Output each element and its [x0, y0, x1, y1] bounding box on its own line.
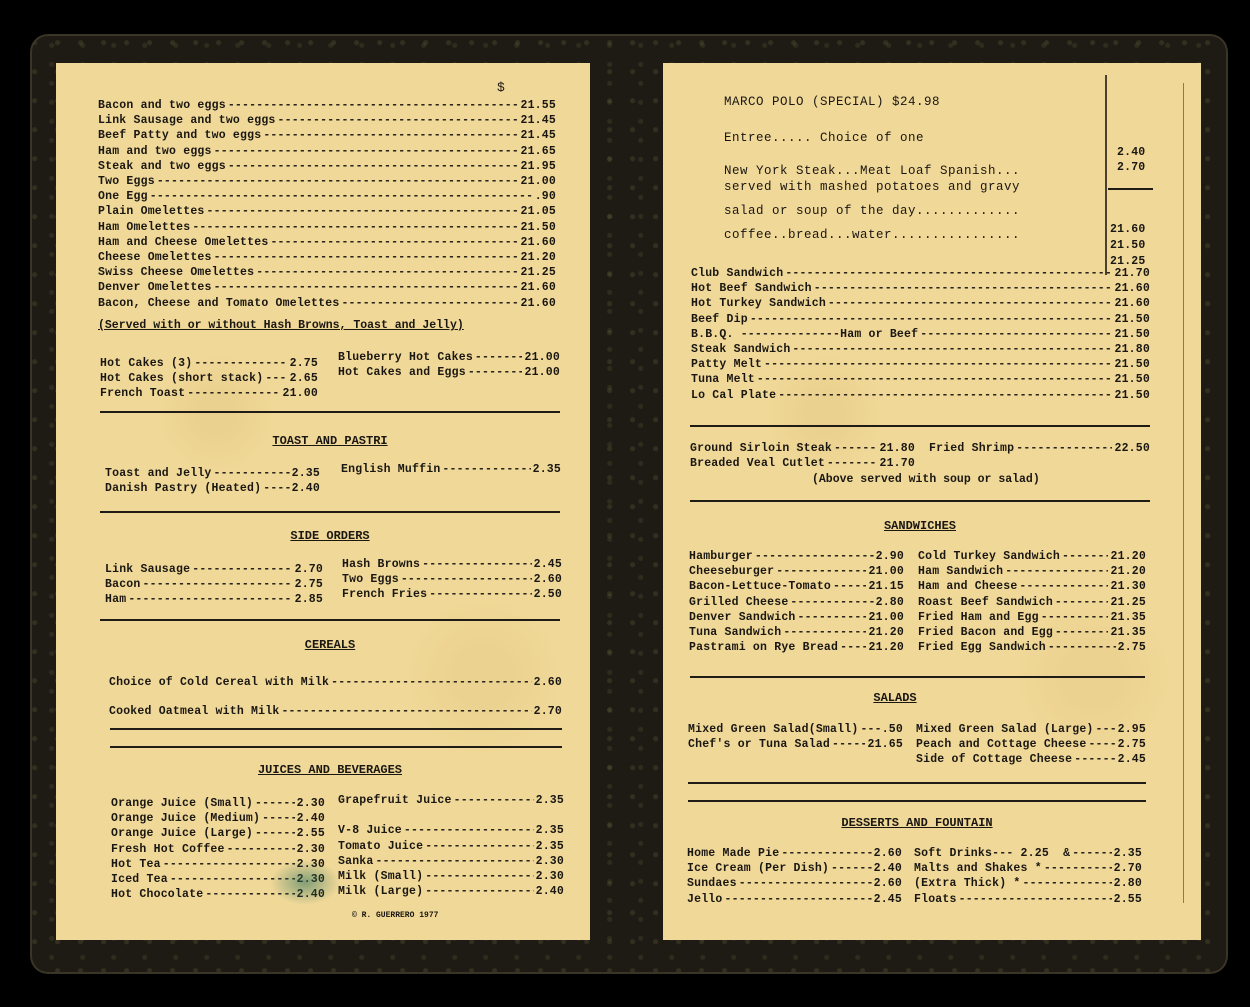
menu-item-name: Soft Drinks--- 2.25 &: [914, 846, 1070, 861]
menu-item: Cheeseburger21.00: [689, 564, 904, 579]
menu-item: Lo Cal Plate21.50: [691, 388, 1150, 403]
menu-item-price: 2.65: [290, 371, 318, 386]
menu-item-price: 21.50: [1114, 388, 1150, 403]
menu-item: Denver Omelettes21.60: [98, 280, 556, 295]
dot-leader: [798, 610, 867, 625]
menu-item-price: 21.60: [1114, 296, 1150, 311]
side-orders-right: Hash Browns2.45Two Eggs2.60French Fries2…: [342, 557, 562, 603]
menu-item-price: 21.50: [1114, 357, 1150, 372]
menu-item-price: 21.00: [524, 365, 560, 380]
margin-price: 2.70: [1117, 160, 1145, 175]
dot-leader: [150, 189, 533, 204]
dot-leader: [790, 595, 873, 610]
menu-item-price: 21.20: [520, 250, 556, 265]
special-line-4: salad or soup of the day.............: [724, 203, 1020, 219]
dot-leader: [262, 811, 294, 826]
menu-item-name: Cheeseburger: [689, 564, 774, 579]
menu-item: Swiss Cheese Omelettes21.25: [98, 265, 556, 280]
divider: [100, 619, 560, 621]
menu-item: Tomato Juice2.35: [338, 839, 564, 854]
menu-item-price: 2.70: [1114, 861, 1142, 876]
dot-leader: [792, 342, 1112, 357]
menu-item-price: 2.35: [533, 462, 561, 477]
menu-item-price: 21.00: [868, 564, 904, 579]
menu-item: Patty Melt21.50: [691, 357, 1150, 372]
hotcakes-list-left: Hot Cakes (3)2.75Hot Cakes (short stack)…: [100, 356, 318, 402]
menu-item-name: Denver Omelettes: [98, 280, 212, 295]
menu-item: Ham and two eggs21.65: [98, 144, 556, 159]
dot-leader: [207, 204, 519, 219]
divider: [688, 782, 1146, 784]
menu-item-name: Swiss Cheese Omelettes: [98, 265, 254, 280]
dot-leader: [157, 174, 519, 189]
menu-item: Side of Cottage Cheese2.45: [916, 752, 1146, 767]
dot-leader: [425, 869, 533, 884]
dot-leader: [425, 839, 533, 854]
menu-item-price: 21.20: [868, 625, 904, 640]
menu-item: (Extra Thick) *2.80: [914, 876, 1142, 891]
menu-item-price: 2.45: [1118, 752, 1146, 767]
menu-item-name: Ground Sirloin Steak: [690, 441, 832, 456]
menu-item-price: 2.30: [536, 869, 564, 884]
menu-item-name: One Egg: [98, 189, 148, 204]
dot-leader: [755, 549, 874, 564]
dot-leader: [832, 737, 865, 752]
menu-item-name: Tuna Sandwich: [689, 625, 781, 640]
menu-item: Link Sausage2.70: [105, 562, 323, 577]
menu-item-name: Choice of Cold Cereal with Milk: [109, 668, 329, 697]
menu-item-price: 21.05: [520, 204, 556, 219]
menu-item: Ham Sandwich21.20: [918, 564, 1146, 579]
menu-item-name: Cooked Oatmeal with Milk: [109, 697, 279, 726]
menu-item-price: 21.50: [1114, 372, 1150, 387]
breakfast-note: (Served with or without Hash Browns, Toa…: [98, 319, 464, 332]
menu-item-name: Beef Dip: [691, 312, 748, 327]
divider: [690, 500, 1150, 502]
section-title-salads: SALADS: [690, 691, 1100, 705]
menu-item: Danish Pastry (Heated)2.40: [105, 481, 320, 496]
menu-item: Hot Cakes (short stack)2.65: [100, 371, 318, 386]
menu-item-name: Link Sausage and two eggs: [98, 113, 276, 128]
dot-leader: [781, 846, 871, 861]
dot-leader: [228, 159, 519, 174]
dot-leader: [1088, 737, 1115, 752]
dot-leader: [1023, 876, 1112, 891]
divider: [688, 800, 1146, 802]
margin-price: 21.60: [1110, 222, 1146, 237]
divider: [690, 425, 1150, 427]
sandwiches-left: Hamburger2.90Cheeseburger21.00Bacon-Lett…: [689, 549, 904, 655]
menu-item-price: 21.45: [520, 128, 556, 143]
juices-list-right: Grapefruit Juice2.35 V-8 Juice2.35Tomato…: [338, 793, 564, 899]
menu-item: Hash Browns2.45: [342, 557, 562, 572]
dot-leader: [739, 876, 872, 891]
section-title-sandwiches: SANDWICHES: [690, 519, 1150, 533]
menu-item-price: 2.35: [536, 793, 564, 808]
dot-leader: [1044, 861, 1112, 876]
dot-leader: [255, 796, 295, 811]
menu-item-name: V-8 Juice: [338, 823, 402, 838]
menu-item-name: Iced Tea: [111, 872, 168, 887]
dot-leader: [827, 456, 878, 471]
dot-leader: [192, 220, 518, 235]
dot-leader: [194, 356, 287, 371]
dot-leader: [1096, 722, 1116, 737]
dot-leader: [442, 462, 530, 477]
menu-item: Orange Juice (Medium)2.40: [111, 811, 325, 826]
dot-leader: [214, 144, 519, 159]
dot-leader: [1055, 595, 1109, 610]
menu-item: Hamburger2.90: [689, 549, 904, 564]
menu-item-price: 21.60: [520, 235, 556, 250]
dot-leader: [833, 579, 866, 594]
menu-item-price: 2.35: [292, 466, 320, 481]
dot-leader: [828, 296, 1113, 311]
dot-leader: [401, 572, 532, 587]
menu-item-name: Ham and two eggs: [98, 144, 212, 159]
divider: [1108, 188, 1153, 190]
dot-leader: [920, 327, 1112, 342]
menu-item-price: 21.15: [868, 579, 904, 594]
menu-item-price: 21.20: [868, 640, 904, 655]
menu-item-name: Side of Cottage Cheese: [916, 752, 1072, 767]
menu-item: Jello2.45: [687, 892, 902, 907]
desserts-left: Home Made Pie2.60Ice Cream (Per Dish)2.4…: [687, 846, 902, 907]
special-line-1: Entree..... Choice of one: [724, 130, 924, 146]
dot-leader: [404, 823, 534, 838]
dot-leader: [778, 388, 1112, 403]
dot-leader: [750, 312, 1113, 327]
menu-item-price: 2.70: [295, 562, 323, 577]
menu-item-name: Hot Cakes and Eggs: [338, 365, 466, 380]
menu-item-name: Ice Cream (Per Dish): [687, 861, 829, 876]
menu-item-price: 2.75: [1118, 640, 1146, 655]
menu-item-price: 21.35: [1110, 610, 1146, 625]
menu-item-name: Club Sandwich: [691, 266, 783, 281]
menu-item-price: 2.90: [876, 549, 904, 564]
menu-item: Malts and Shakes *2.70: [914, 861, 1142, 876]
dot-leader: [860, 722, 879, 737]
menu-item: Bacon, Cheese and Tomato Omelettes21.60: [98, 296, 556, 311]
menu-item-name: French Toast: [100, 386, 185, 401]
menu-item-price: 21.00: [868, 610, 904, 625]
menu-item-name: Ham Sandwich: [918, 564, 1003, 579]
dot-leader: [814, 281, 1113, 296]
dot-leader: [376, 854, 534, 869]
menu-item-name: Orange Juice (Medium): [111, 811, 260, 826]
menu-item: Bacon and two eggs21.55: [98, 98, 556, 113]
menu-item-name: Lo Cal Plate: [691, 388, 776, 403]
entrees-right: Fried Shrimp22.50: [929, 441, 1150, 456]
menu-item-name: Hot Beef Sandwich: [691, 281, 812, 296]
menu-item: Two Eggs21.00: [98, 174, 556, 189]
menu-item-price: 21.70: [1114, 266, 1150, 281]
dot-leader: [422, 557, 531, 572]
menu-item-price: 21.60: [1114, 281, 1150, 296]
menu-item: Fried Ham and Egg21.35: [918, 610, 1146, 625]
menu-item: Steak Sandwich21.80: [691, 342, 1150, 357]
menu-item: Fried Egg Sandwich2.75: [918, 640, 1146, 655]
menu-item-name: Fried Egg Sandwich: [918, 640, 1046, 655]
menu-item-name: (Extra Thick) *: [914, 876, 1021, 891]
special-line-2: New York Steak...Meat Loaf Spanish...: [724, 163, 1020, 179]
menu-item-price: 22.50: [1114, 441, 1150, 456]
currency-symbol: $: [497, 80, 505, 95]
menu-item-name: Hot Cakes (3): [100, 356, 192, 371]
menu-item: Pastrami on Rye Bread21.20: [689, 640, 904, 655]
menu-item-price: 2.40: [292, 481, 320, 496]
menu-item: One Egg.90: [98, 189, 556, 204]
menu-item-price: 21.00: [524, 350, 560, 365]
dot-leader: [454, 793, 534, 808]
dot-leader: [785, 266, 1112, 281]
dot-leader: [187, 386, 280, 401]
menu-item: Sanka2.30: [338, 854, 564, 869]
dot-leader: [263, 481, 289, 496]
menu-item: Chef's or Tuna Salad21.65: [688, 737, 903, 752]
dot-leader: [1074, 752, 1115, 767]
menu-item-price: 21.45: [520, 113, 556, 128]
dot-leader: [1048, 640, 1116, 655]
menu-item-price: 21.80: [1114, 342, 1150, 357]
menu-item: Ground Sirloin Steak21.80: [690, 441, 915, 456]
menu-item-price: 2.30: [536, 854, 564, 869]
menu-item-name: Ham Omelettes: [98, 220, 190, 235]
menu-item-name: Ham: [105, 592, 126, 607]
menu-item: Milk (Small)2.30: [338, 869, 564, 884]
dot-leader: [228, 98, 519, 113]
breakfast-list: Bacon and two eggs21.55Link Sausage and …: [98, 98, 556, 311]
menu-item-price: 21.65: [520, 144, 556, 159]
menu-item: Denver Sandwich21.00: [689, 610, 904, 625]
menu-item: Peach and Cottage Cheese2.75: [916, 737, 1146, 752]
menu-item: Tuna Melt21.50: [691, 372, 1150, 387]
menu-item-name: Steak Sandwich: [691, 342, 790, 357]
dot-leader: [1019, 579, 1108, 594]
dot-leader: [265, 371, 287, 386]
dot-leader: [725, 892, 872, 907]
menu-item: Grapefruit Juice2.35: [338, 793, 564, 808]
menu-item-name: Breaded Veal Cutlet: [690, 456, 825, 471]
menu-item-name: Two Eggs: [342, 572, 399, 587]
menu-item: Ham Omelettes21.50: [98, 220, 556, 235]
menu-item-name: Chef's or Tuna Salad: [688, 737, 830, 752]
menu-item: Orange Juice (Large)2.55: [111, 826, 325, 841]
menu-item: Hot Cakes (3)2.75: [100, 356, 318, 371]
menu-item: Milk (Large)2.40: [338, 884, 564, 899]
ink-stain: [270, 860, 340, 905]
menu-item: Tuna Sandwich21.20: [689, 625, 904, 640]
dot-leader: [128, 592, 292, 607]
menu-item-name: Denver Sandwich: [689, 610, 796, 625]
menu-item-name: Beef Patty and two eggs: [98, 128, 261, 143]
menu-item-price: 2.75: [295, 577, 323, 592]
section-title-cereals: CEREALS: [100, 638, 560, 652]
menu-item: Home Made Pie2.60: [687, 846, 902, 861]
menu-item-name: Milk (Small): [338, 869, 423, 884]
menu-item-name: Bacon, Cheese and Tomato Omelettes: [98, 296, 339, 311]
dot-leader: [255, 826, 295, 841]
menu-item: Fresh Hot Coffee2.30: [111, 842, 325, 857]
margin-price: 21.50: [1110, 238, 1146, 253]
menu-item: Floats2.55: [914, 892, 1142, 907]
menu-item: Toast and Jelly2.35: [105, 466, 320, 481]
section-title-juices: JUICES AND BEVERAGES: [100, 763, 560, 777]
menu-item-name: Patty Melt: [691, 357, 762, 372]
salads-right: Mixed Green Salad (Large)2.95Peach and C…: [916, 722, 1146, 768]
menu-item-name: Hamburger: [689, 549, 753, 564]
menu-item: Hot Beef Sandwich21.60: [691, 281, 1150, 296]
menu-item-price: 21.20: [1110, 549, 1146, 564]
divider: [110, 728, 562, 730]
menu-item: Hot Cakes and Eggs21.00: [338, 365, 560, 380]
section-title-toast: TOAST AND PASTRI: [100, 434, 560, 448]
menu-item: French Fries2.50: [342, 587, 562, 602]
dot-leader: [1041, 610, 1109, 625]
divider: [100, 511, 560, 513]
pasted-strip-edge: [1105, 75, 1107, 275]
menu-item: B.B.Q. --------------Ham or Beef21.50: [691, 327, 1150, 342]
menu-item-price: 2.60: [874, 876, 902, 891]
menu-item-price: 21.70: [879, 456, 915, 471]
dot-leader: [757, 372, 1113, 387]
menu-item-name: Jello: [687, 892, 723, 907]
dot-leader: [764, 357, 1112, 372]
menu-item: Plain Omelettes21.05: [98, 204, 556, 219]
menu-item: Hot Turkey Sandwich21.60: [691, 296, 1150, 311]
menu-item-name: Fried Ham and Egg: [918, 610, 1039, 625]
menu-item: Cold Turkey Sandwich21.20: [918, 549, 1146, 564]
menu-item-name: Ham and Cheese: [918, 579, 1017, 594]
menu-item-price: 2.35: [1114, 846, 1142, 861]
menu-item-price: 2.55: [1114, 892, 1142, 907]
menu-item: V-8 Juice2.35: [338, 823, 564, 838]
menu-item-price: 2.70: [534, 697, 562, 726]
menu-item: Fried Shrimp22.50: [929, 441, 1150, 456]
menu-item-name: Fried Shrimp: [929, 441, 1014, 456]
menu-item-name: Sundaes: [687, 876, 737, 891]
menu-item: Fried Bacon and Egg21.35: [918, 625, 1146, 640]
menu-item-price: 2.35: [536, 823, 564, 838]
dot-leader: [1016, 441, 1112, 456]
menu-item: Link Sausage and two eggs21.45: [98, 113, 556, 128]
menu-item-name: Peach and Cottage Cheese: [916, 737, 1086, 752]
menu-item-price: 21.20: [1110, 564, 1146, 579]
menu-item: Mixed Green Salad(Small).50: [688, 722, 903, 737]
divider: [690, 676, 1145, 678]
plates-list: Club Sandwich21.70Hot Beef Sandwich21.60…: [691, 266, 1150, 403]
dot-leader: [256, 265, 518, 280]
menu-item-price: 21.25: [520, 265, 556, 280]
menu-item-name: Tomato Juice: [338, 839, 423, 854]
menu-item-price: 2.95: [1118, 722, 1146, 737]
menu-item-price: 2.40: [297, 811, 325, 826]
menu-item-price: 2.85: [295, 592, 323, 607]
dot-leader: [429, 587, 531, 602]
menu-item-name: Link Sausage: [105, 562, 190, 577]
menu-item-price: 2.45: [874, 892, 902, 907]
menu-item-name: Danish Pastry (Heated): [105, 481, 261, 496]
menu-item-price: 21.00: [282, 386, 318, 401]
divider: [100, 411, 560, 413]
menu-item: Mixed Green Salad (Large)2.95: [916, 722, 1146, 737]
menu-item: Grilled Cheese2.80: [689, 595, 904, 610]
entrees-left: Ground Sirloin Steak21.80Breaded Veal Cu…: [690, 441, 915, 471]
dot-leader: [214, 280, 519, 295]
menu-item-price: 21.95: [520, 159, 556, 174]
menu-item-name: Mixed Green Salad (Large): [916, 722, 1094, 737]
menu-item: Orange Juice (Small)2.30: [111, 796, 325, 811]
menu-item-name: Plain Omelettes: [98, 204, 205, 219]
menu-item-name: Hot Chocolate: [111, 887, 203, 902]
toast-list-left: Toast and Jelly2.35Danish Pastry (Heated…: [105, 466, 320, 496]
menu-item-price: 21.35: [1110, 625, 1146, 640]
menu-item-name: Ham and Cheese Omelettes: [98, 235, 268, 250]
hotcakes-list-right: Blueberry Hot Cakes21.00Hot Cakes and Eg…: [338, 350, 560, 380]
special-line-5: coffee..bread...water................: [724, 227, 1020, 243]
menu-item-name: Floats: [914, 892, 957, 907]
dot-leader: [192, 562, 292, 577]
menu-item-name: Hash Browns: [342, 557, 420, 572]
menu-item: English Muffin2.35: [341, 462, 561, 477]
menu-item: [338, 808, 564, 823]
menu-item-price: 21.50: [1114, 327, 1150, 342]
dot-leader: [270, 235, 518, 250]
menu-item: French Toast21.00: [100, 386, 318, 401]
menu-item: Cooked Oatmeal with Milk2.70: [109, 697, 562, 726]
menu-item: Bacon-Lettuce-Tomato21.15: [689, 579, 904, 594]
menu-item: Beef Dip21.50: [691, 312, 1150, 327]
menu-item: Ice Cream (Per Dish)2.40: [687, 861, 902, 876]
menu-item: Club Sandwich21.70: [691, 266, 1150, 281]
dot-leader: [331, 668, 531, 697]
dot-leader: [281, 697, 531, 726]
menu-item-name: Steak and two eggs: [98, 159, 226, 174]
menu-item-price: 2.30: [297, 842, 325, 857]
menu-item-name: Tuna Melt: [691, 372, 755, 387]
menu-item-price: 2.50: [534, 587, 562, 602]
menu-item-price: 2.40: [536, 884, 564, 899]
menu-item-name: Bacon: [105, 577, 141, 592]
menu-item: Two Eggs2.60: [342, 572, 562, 587]
dot-leader: [776, 564, 866, 579]
dot-leader: [831, 861, 872, 876]
menu-item-price: 21.60: [520, 280, 556, 295]
menu-item: Ham2.85: [105, 592, 323, 607]
menu-item-price: 2.40: [874, 861, 902, 876]
menu-item-name: Cold Turkey Sandwich: [918, 549, 1060, 564]
dot-leader: [475, 350, 523, 365]
dot-leader: [143, 577, 293, 592]
menu-item: Blueberry Hot Cakes21.00: [338, 350, 560, 365]
entrees-note: (Above served with soup or salad): [812, 473, 1040, 486]
dot-leader: [1005, 564, 1108, 579]
menu-item-price: 21.30: [1110, 579, 1146, 594]
menu-item-price: 21.00: [520, 174, 556, 189]
menu-item-name: Grilled Cheese: [689, 595, 788, 610]
menu-item-name: Orange Juice (Small): [111, 796, 253, 811]
menu-item: Steak and two eggs21.95: [98, 159, 556, 174]
menu-item-name: Milk (Large): [338, 884, 423, 899]
menu-item-price: 2.45: [534, 557, 562, 572]
menu-item-name: Hot Cakes (short stack): [100, 371, 263, 386]
section-title-desserts: DESSERTS AND FOUNTAIN: [688, 816, 1146, 830]
dot-leader: [1055, 625, 1109, 640]
menu-item-price: 2.35: [536, 839, 564, 854]
menu-item-price: 21.55: [520, 98, 556, 113]
menu-item-price: .90: [535, 189, 556, 204]
menu-item-price: 2.75: [290, 356, 318, 371]
